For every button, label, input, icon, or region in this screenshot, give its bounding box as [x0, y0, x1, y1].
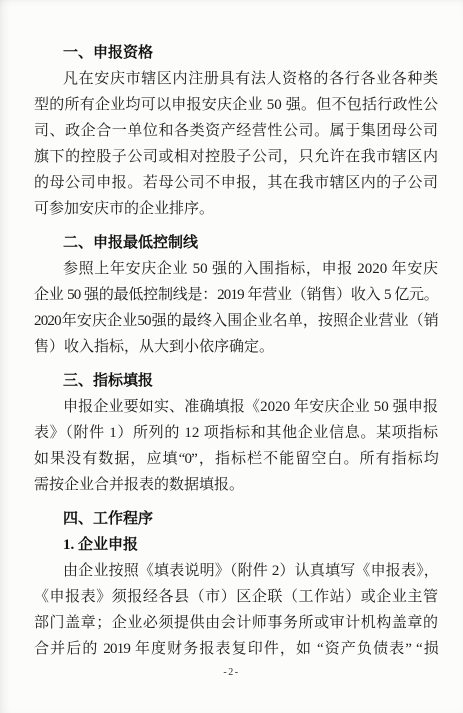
- text-line: 表》（附件 1）所列的 12 项指标和其他企业信息。某项指标: [34, 420, 438, 446]
- text-line: 参照上年安庆企业 50 强的入围指标，申报 2020 年安庆: [34, 256, 438, 282]
- text-line: 部门盖章；企业必须提供由会计师事务所或审计机构盖章的: [34, 610, 438, 636]
- section-heading: 1. 企业申报: [34, 532, 438, 558]
- text-line: 2020年安庆企业50强的最终入围企业名单，按照企业营业（销: [34, 308, 438, 334]
- text-line: 的母公司申报。若母公司不申报，其在我市辖区内的子公司: [34, 170, 438, 196]
- section-heading: 四、工作程序: [34, 506, 438, 532]
- text-line: 申报企业要如实、准确填报《2020 年安庆企业 50 强申报: [34, 394, 438, 420]
- text-line: 由企业按照《填表说明》（附件 2）认真填写《申报表》，: [34, 558, 438, 584]
- section-heading: 一、申报资格: [34, 40, 438, 66]
- text-line: 如果没有数据，应填“0”，指标栏不能留空白。所有指标均: [34, 446, 438, 472]
- text-line: 凡在安庆市辖区内注册具有法人资格的各行各业各种类: [34, 66, 438, 92]
- text-line: 可参加安庆市的企业排序。: [34, 196, 438, 222]
- text-line: 售）收入指标，从大到小依序确定。: [34, 334, 438, 360]
- document-body: 一、申报资格凡在安庆市辖区内注册具有法人资格的各行各业各种类型的所有企业均可以申…: [34, 40, 438, 662]
- text-line: 旗下的控股子公司或相对控股子公司，只允许在我市辖区内: [34, 144, 438, 170]
- text-line: 合并后的 2019 年度财务报表复印件，如 “资产负债表” “损: [34, 636, 438, 662]
- text-line: 司、政企合一单位和各类资产经营性公司。属于集团母公司: [34, 118, 438, 144]
- text-line: 需按企业合并报表的数据填报。: [34, 472, 438, 498]
- document-page: 一、申报资格凡在安庆市辖区内注册具有法人资格的各行各业各种类型的所有企业均可以申…: [0, 0, 463, 713]
- text-line: 《申报表》须报经各县（市）区企联（工作站）或企业主管: [34, 584, 438, 610]
- text-line: 型的所有企业均可以申报安庆企业 50 强。但不包括行政性公: [34, 92, 438, 118]
- page-number: -2-: [0, 667, 463, 678]
- section-heading: 二、申报最低控制线: [34, 230, 438, 256]
- text-line: 企业 50 强的最低控制线是：2019 年营业（销售）收入 5 亿元。: [34, 282, 438, 308]
- section-heading: 三、指标填报: [34, 368, 438, 394]
